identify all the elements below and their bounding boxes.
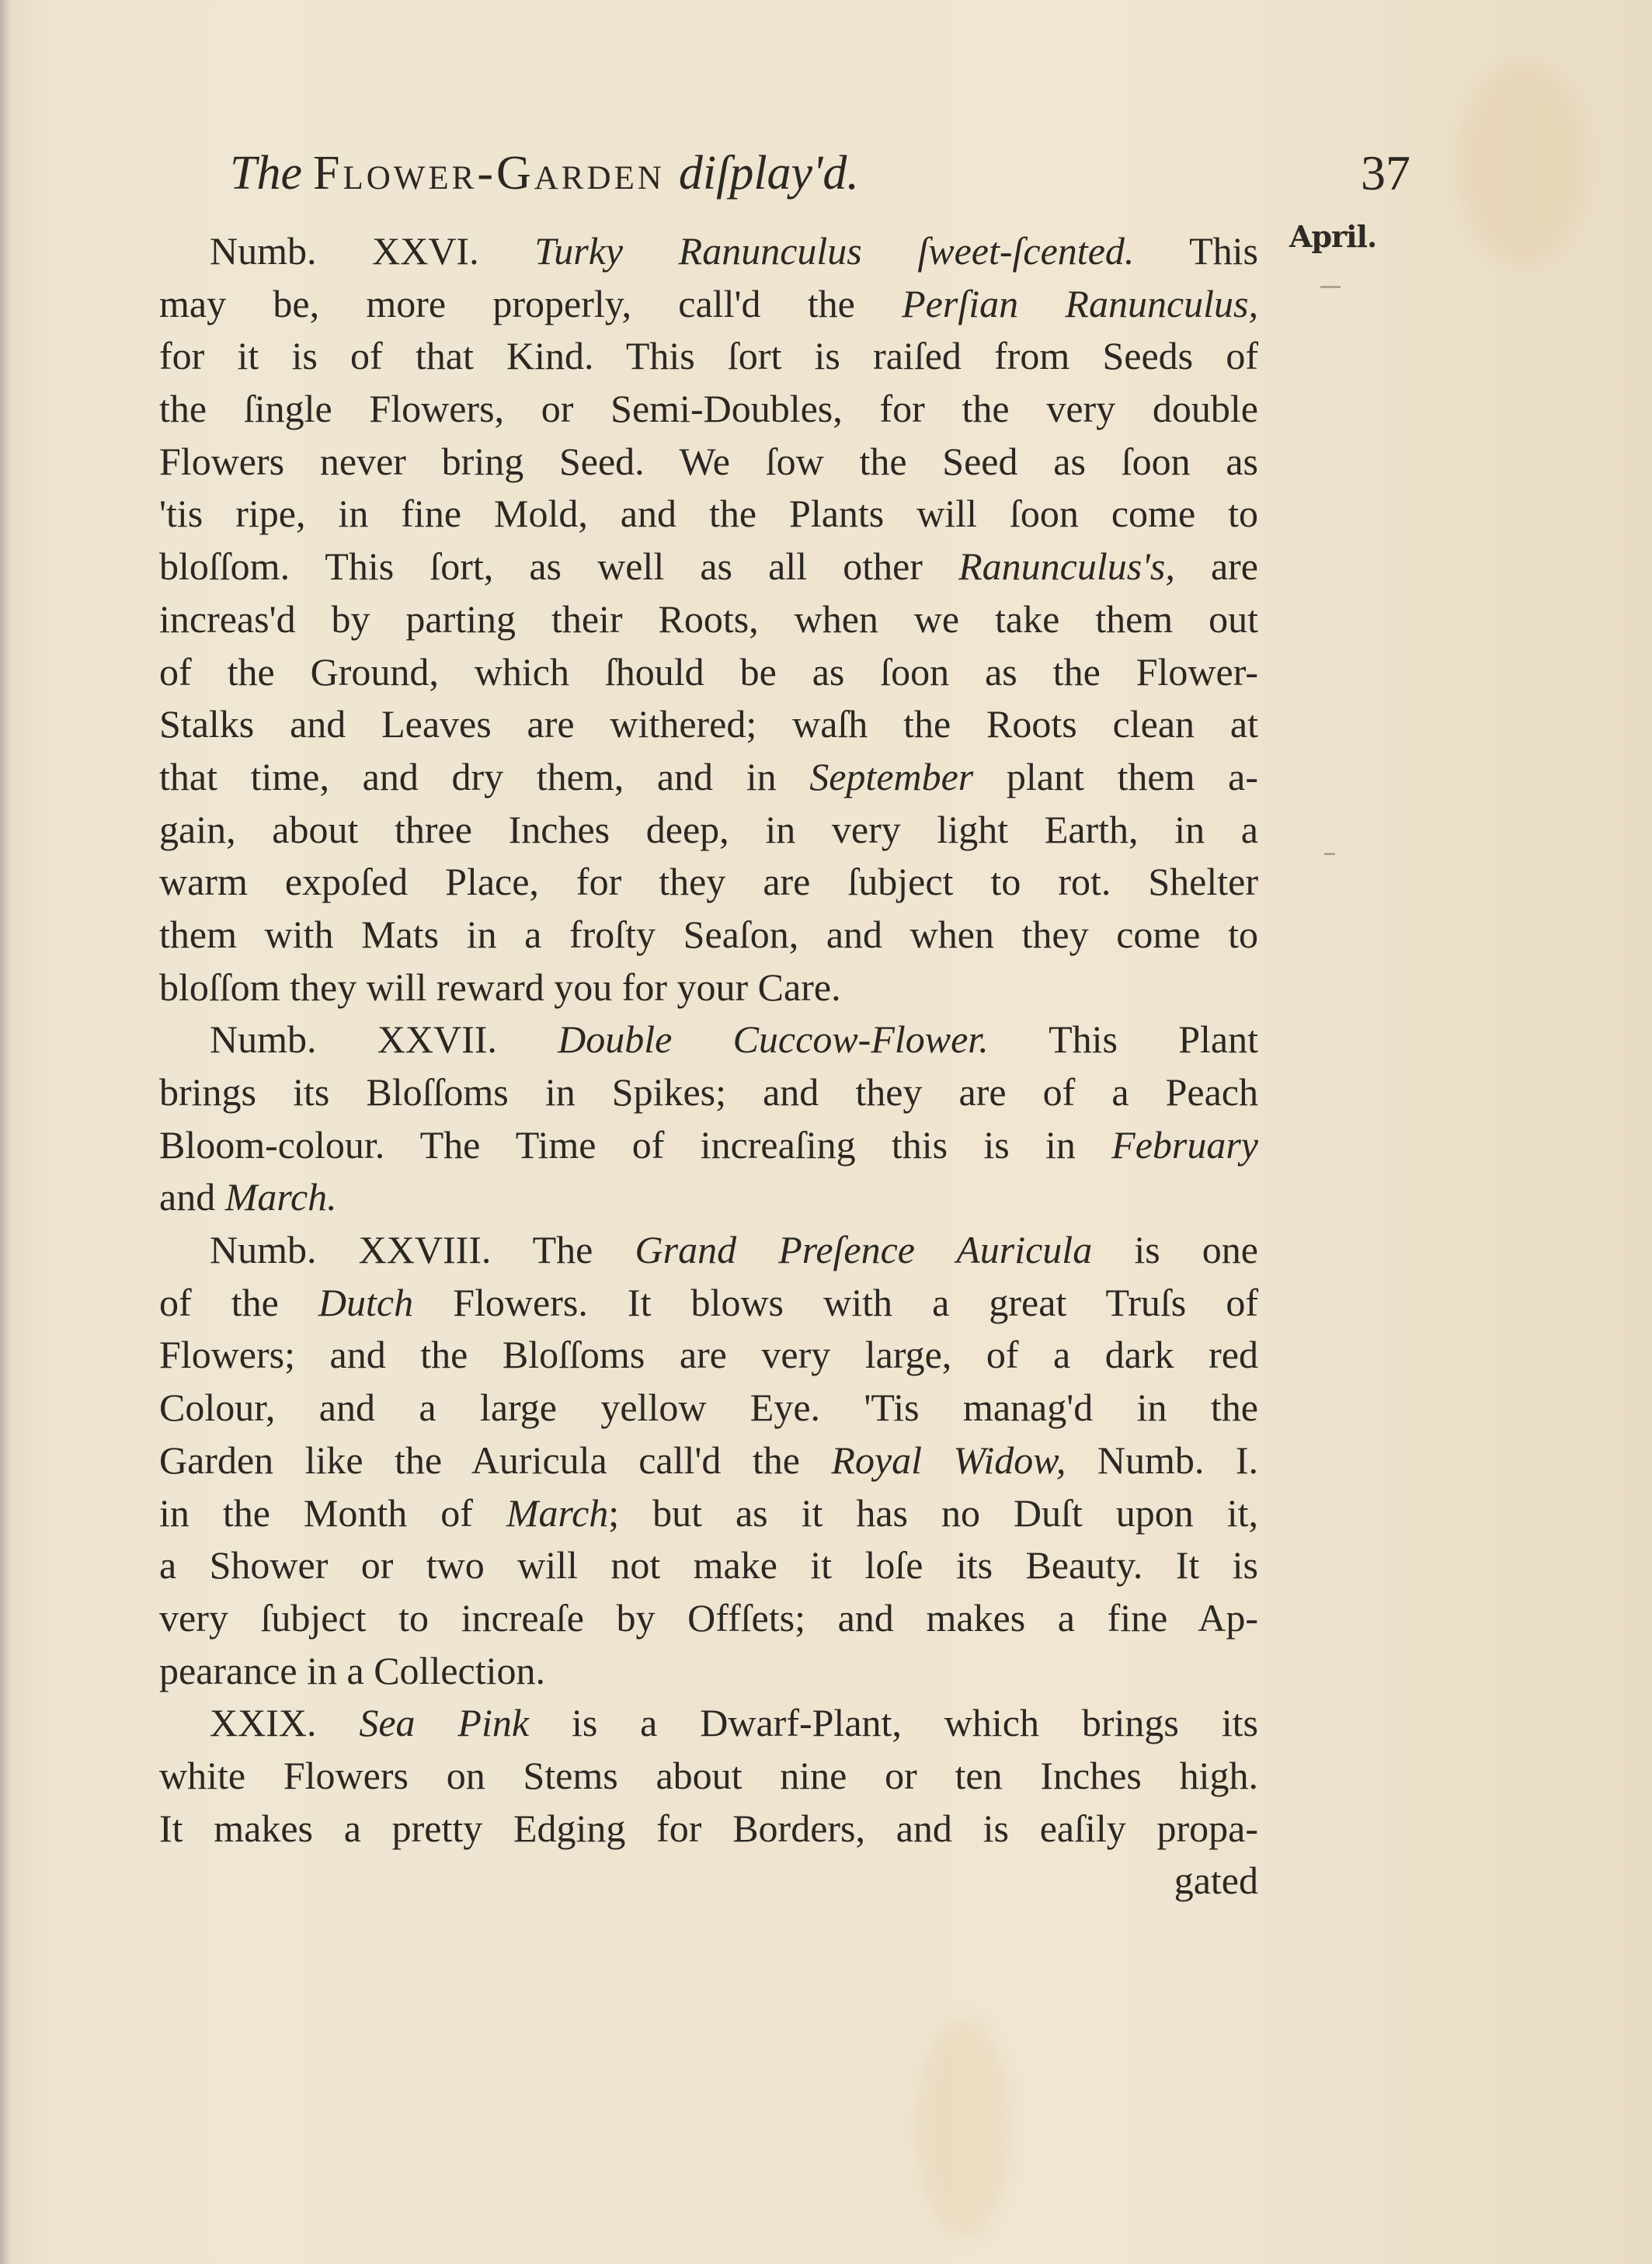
text-line: Flowers never bring Seed. We ſow the See…: [159, 436, 1258, 489]
body-text: Numb. XXVI. Turky Ranunculus ſweet-ſcent…: [159, 225, 1258, 1908]
roman-text: of the Ground, which ſhould be as ſoon a…: [159, 650, 1258, 694]
roman-text: plant them a-: [973, 755, 1258, 798]
roman-text: warm expoſed Place, for they are ſubject…: [159, 860, 1258, 903]
roman-text: are: [1175, 544, 1258, 588]
header-displayed: diſplay'd.: [679, 147, 859, 200]
text-line: warm expoſed Place, for they are ſubject…: [159, 856, 1258, 909]
italic-text: Double Cuccow-Flower.: [558, 1017, 989, 1061]
roman-text: for it is of that Kind. This ſort is rai…: [159, 334, 1258, 377]
italic-text: Grand Preſence Auricula: [635, 1228, 1093, 1271]
roman-text: that time, and dry them, and in: [159, 755, 809, 798]
text-line: in the Month of March; but as it has no …: [159, 1487, 1258, 1540]
text-line: brings its Bloſſoms in Spikes; and they …: [159, 1066, 1258, 1119]
text-line: a Shower or two will not make it loſe it…: [159, 1539, 1258, 1592]
text-line: Flowers; and the Bloſſoms are very large…: [159, 1329, 1258, 1382]
roman-text: Garden like the Auricula call'd the: [159, 1438, 831, 1482]
roman-text: 'tis ripe, in fine Mold, and the Plants …: [159, 492, 1258, 535]
roman-text: white Flowers on Stems about nine or ten…: [159, 1754, 1258, 1797]
roman-text: pearance in a Collection.: [159, 1649, 545, 1692]
italic-text: Turky Ranunculus ſweet-ſcented.: [534, 229, 1134, 273]
roman-text: This: [1134, 229, 1258, 273]
text-line: Numb. XXVIII. The Grand Preſence Auricul…: [159, 1224, 1258, 1277]
italic-text: Perſian Ranunculus,: [902, 282, 1258, 325]
roman-text: very ſubject to increaſe by Offſets; and…: [159, 1596, 1258, 1640]
roman-text: Numb. XXVIII. The: [210, 1228, 635, 1271]
italic-text: Sea Pink: [359, 1701, 529, 1744]
italic-text: September: [809, 755, 973, 798]
page-number: 37: [1361, 138, 1410, 208]
text-line: the ſingle Flowers, or Semi-Doubles, for…: [159, 383, 1258, 436]
text-line: bloſſom. This ſort, as well as all other…: [159, 541, 1258, 593]
italic-text: March: [506, 1491, 608, 1535]
text-line: may be, more properly, call'd the Perſia…: [159, 278, 1258, 331]
text-line: for it is of that Kind. This ſort is rai…: [159, 330, 1258, 383]
roman-text: is one: [1092, 1228, 1258, 1271]
text-line: of the Dutch Flowers. It blows with a gr…: [159, 1277, 1258, 1330]
running-header: TheFlower-Gardendiſplay'd. 37: [230, 138, 1426, 208]
text-line: Stalks and Leaves are withered; waſh the…: [159, 698, 1258, 751]
roman-text: Numb. XXVII.: [210, 1017, 558, 1061]
text-line: white Flowers on Stems about nine or ten…: [159, 1750, 1258, 1803]
roman-text: Colour, and a large yellow Eye. 'Tis man…: [159, 1386, 1258, 1429]
roman-text: increas'd by parting their Roots, when w…: [159, 597, 1258, 641]
roman-text: Bloom-colour. The Time of increaſing thi…: [159, 1123, 1111, 1167]
text-line: gain, about three Inches deep, in very l…: [159, 804, 1258, 857]
roman-text: gain, about three Inches deep, in very l…: [159, 808, 1258, 851]
roman-text: may be, more properly, call'd the: [159, 282, 902, 325]
roman-text: Stalks and Leaves are withered; waſh the…: [159, 702, 1258, 746]
margin-note-month: April.: [1289, 219, 1376, 254]
text-line: It makes a pretty Edging for Borders, an…: [159, 1803, 1258, 1855]
ink-mark: [1324, 853, 1335, 855]
italic-text: March.: [225, 1175, 337, 1219]
header-the: The: [230, 147, 302, 200]
italic-text: Royal Widow,: [831, 1438, 1066, 1482]
text-line: XXIX. Sea Pink is a Dwarf-Plant, which b…: [159, 1697, 1258, 1750]
roman-text: XXIX.: [210, 1701, 359, 1744]
roman-text: ; but as it has no Duſt upon it,: [608, 1491, 1258, 1535]
text-line: Bloom-colour. The Time of increaſing thi…: [159, 1119, 1258, 1172]
text-line: 'tis ripe, in fine Mold, and the Plants …: [159, 488, 1258, 541]
catchword: gated: [159, 1855, 1258, 1908]
text-line: bloſſom they will reward you for your Ca…: [159, 962, 1258, 1014]
text-line: Numb. XXVII. Double Cuccow-Flower. This …: [159, 1014, 1258, 1066]
paper-stain: [1460, 62, 1584, 264]
roman-text: Numb. XXVI.: [210, 229, 534, 273]
roman-text: bloſſom. This ſort, as well as all other: [159, 544, 958, 588]
text-line: pearance in a Collection.: [159, 1645, 1258, 1698]
roman-text: Flowers never bring Seed. We ſow the See…: [159, 440, 1258, 483]
paper-stain: [916, 2019, 1010, 2237]
text-line: increas'd by parting their Roots, when w…: [159, 593, 1258, 646]
roman-text: a Shower or two will not make it loſe it…: [159, 1543, 1258, 1587]
roman-text: is a Dwarf-Plant, which brings its: [529, 1701, 1258, 1744]
text-line: of the Ground, which ſhould be as ſoon a…: [159, 646, 1258, 699]
text-line: Numb. XXVI. Turky Ranunculus ſweet-ſcent…: [159, 225, 1258, 278]
book-page: TheFlower-Gardendiſplay'd. 37 April. Num…: [0, 0, 1652, 2264]
text-line: and March.: [159, 1171, 1258, 1224]
text-line: very ſubject to increaſe by Offſets; and…: [159, 1592, 1258, 1645]
roman-text: This Plant: [989, 1017, 1258, 1061]
roman-text: bloſſom they will reward you for your Ca…: [159, 965, 841, 1009]
roman-text: It makes a pretty Edging for Borders, an…: [159, 1807, 1258, 1850]
italic-text: February: [1111, 1123, 1258, 1167]
text-line: that time, and dry them, and in Septembe…: [159, 751, 1258, 804]
roman-text: the ſingle Flowers, or Semi-Doubles, for…: [159, 387, 1258, 430]
roman-text: in the Month of: [159, 1491, 506, 1535]
roman-text: and: [159, 1175, 225, 1219]
italic-text: Dutch: [318, 1281, 413, 1324]
roman-text: Flowers. It blows with a great Truſs of: [413, 1281, 1258, 1324]
roman-text: Numb. I.: [1066, 1438, 1258, 1482]
roman-text: brings its Bloſſoms in Spikes; and they …: [159, 1070, 1258, 1114]
text-line: Garden like the Auricula call'd the Roya…: [159, 1435, 1258, 1487]
text-line: Colour, and a large yellow Eye. 'Tis man…: [159, 1382, 1258, 1435]
roman-text: them with Mats in a froſty Seaſon, and w…: [159, 913, 1258, 956]
roman-text: of the: [159, 1281, 318, 1324]
roman-text: Flowers; and the Bloſſoms are very large…: [159, 1333, 1258, 1376]
header-title: Flower-Garden: [313, 147, 665, 200]
text-line: them with Mats in a froſty Seaſon, and w…: [159, 909, 1258, 962]
ink-mark: [1320, 286, 1341, 288]
italic-text: Ranunculus's,: [958, 544, 1175, 588]
